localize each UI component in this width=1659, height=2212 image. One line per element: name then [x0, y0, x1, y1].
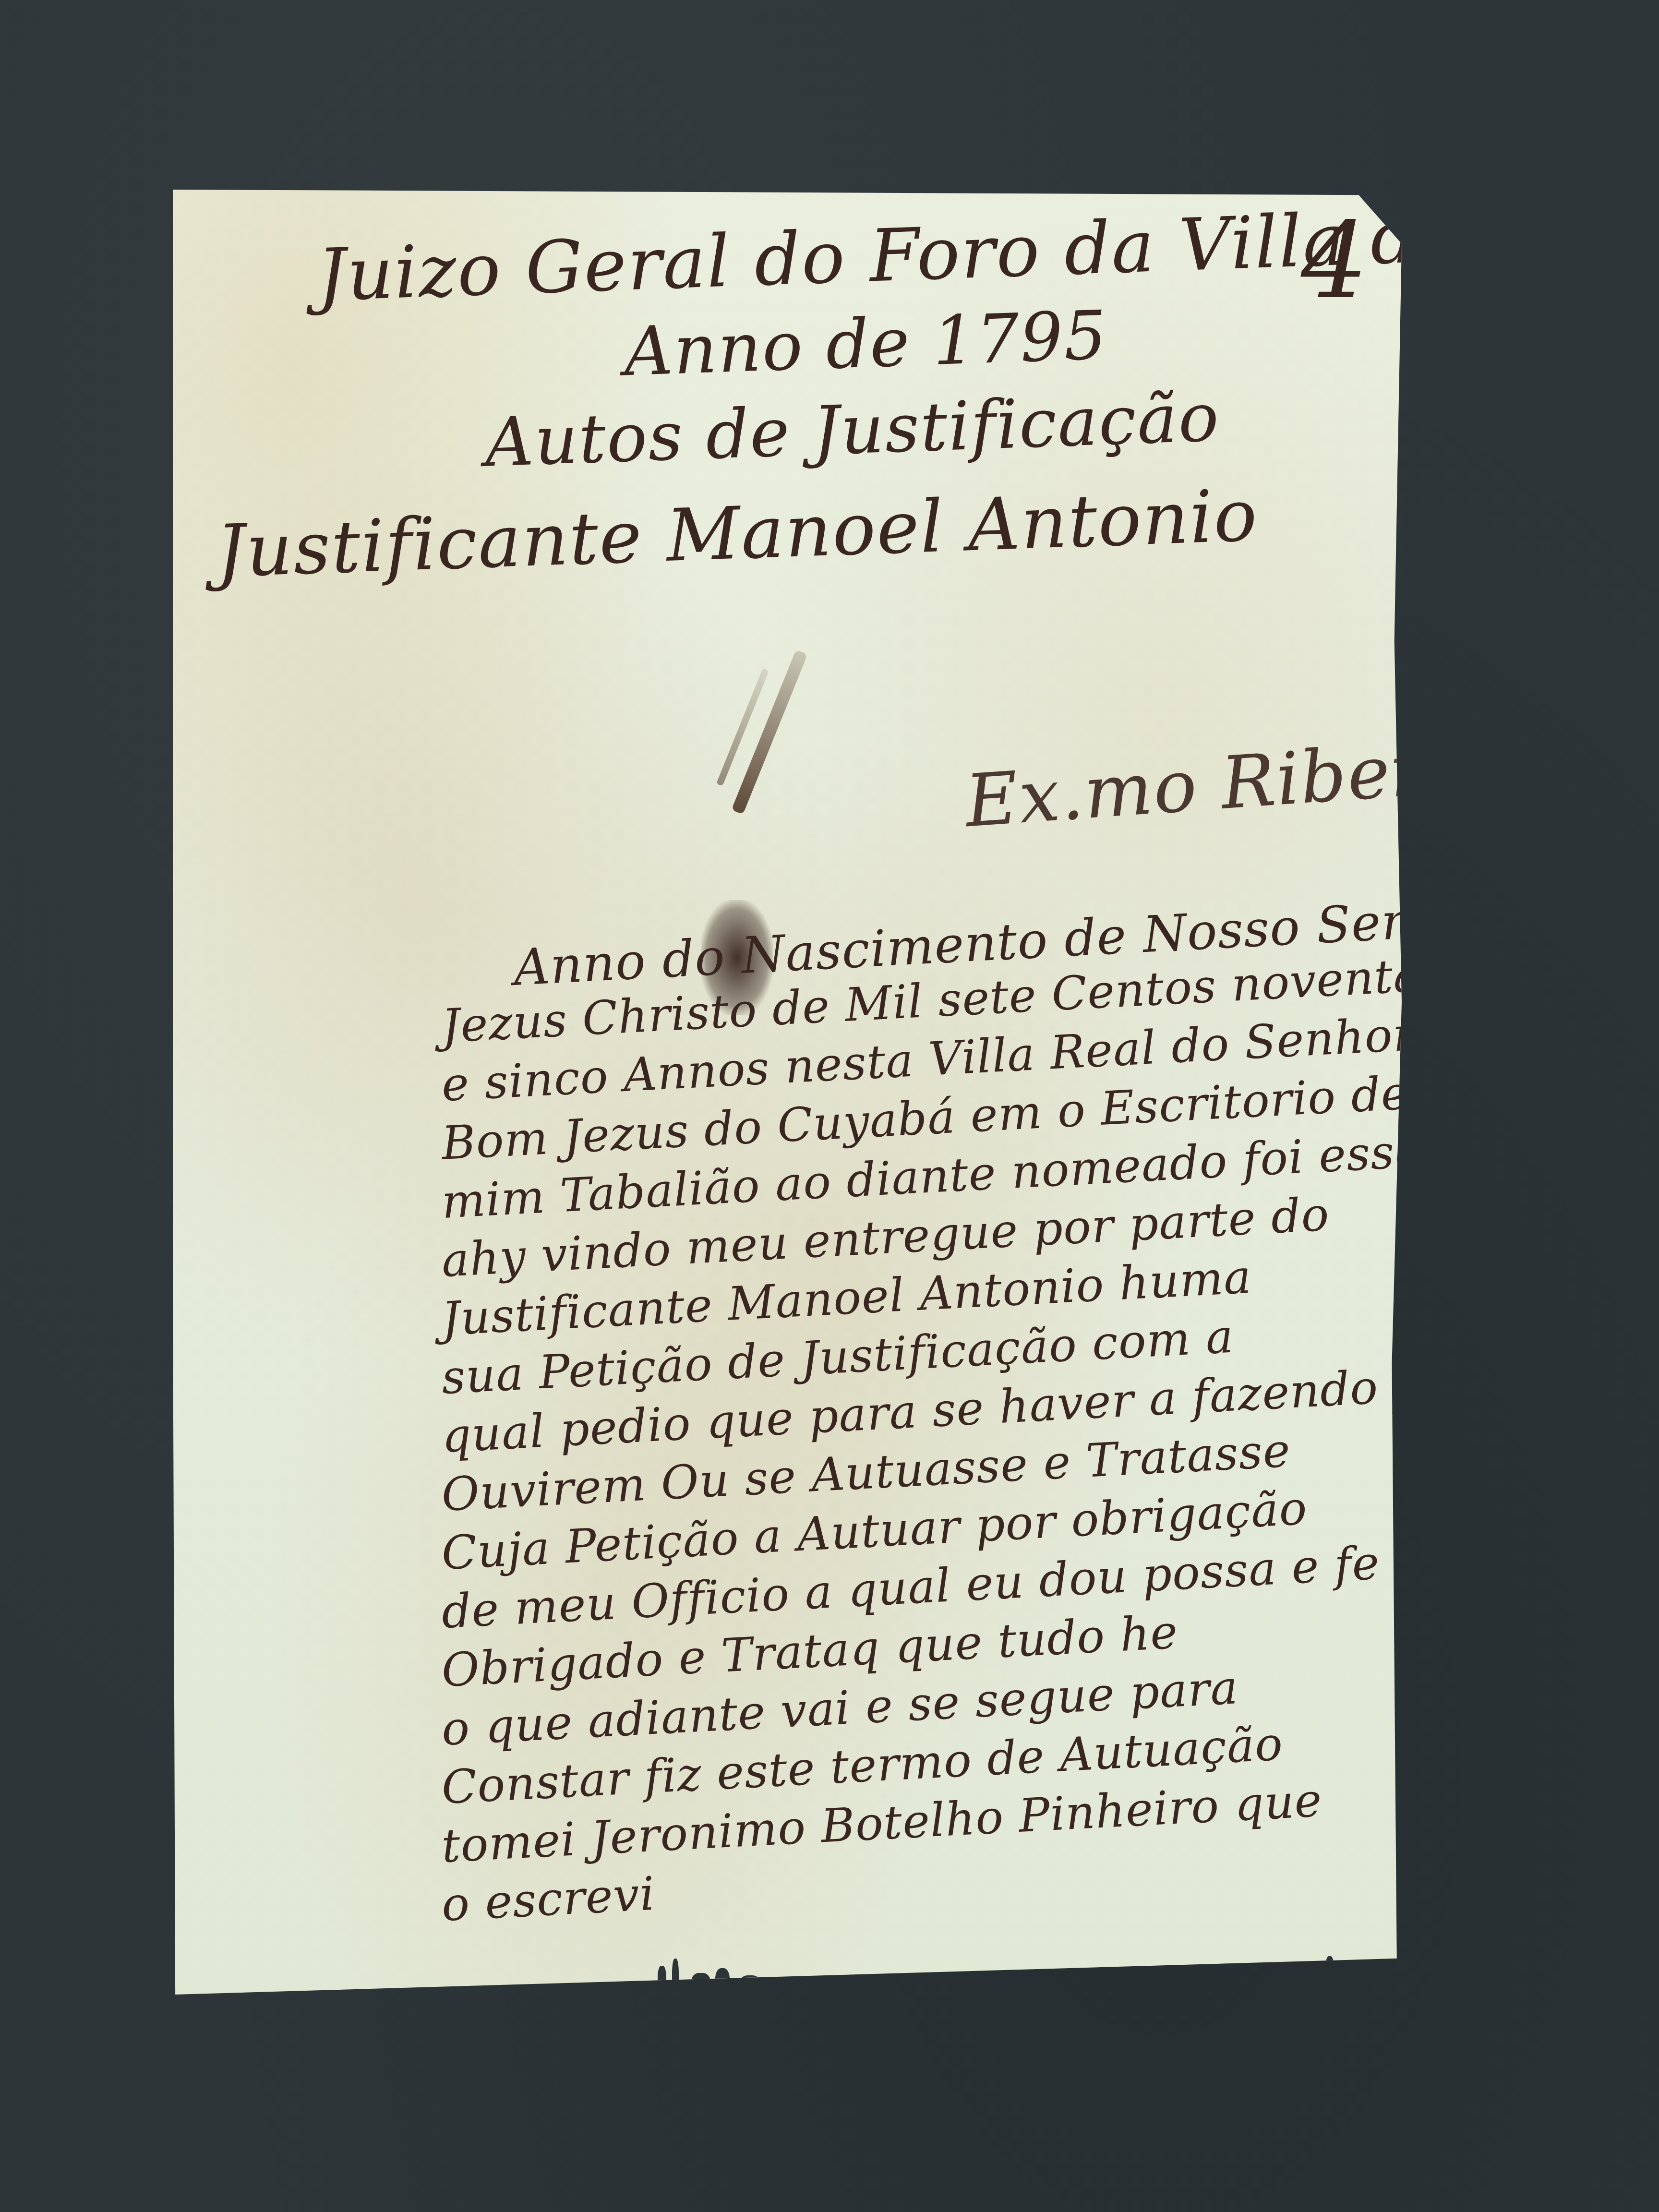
manuscript-page: 4 Juizo Geral do Foro da Villa do Cuyabá… [173, 190, 1402, 1995]
heading-year: Anno de 1795 [623, 296, 1109, 391]
heading-case-type: Autos de Justificação [484, 378, 1221, 482]
heading-justificante: Justificante Manoel Antonio [215, 474, 1260, 594]
body-text: Anno do Nascimento de Nosso Senhor Jezus… [442, 938, 1354, 1934]
